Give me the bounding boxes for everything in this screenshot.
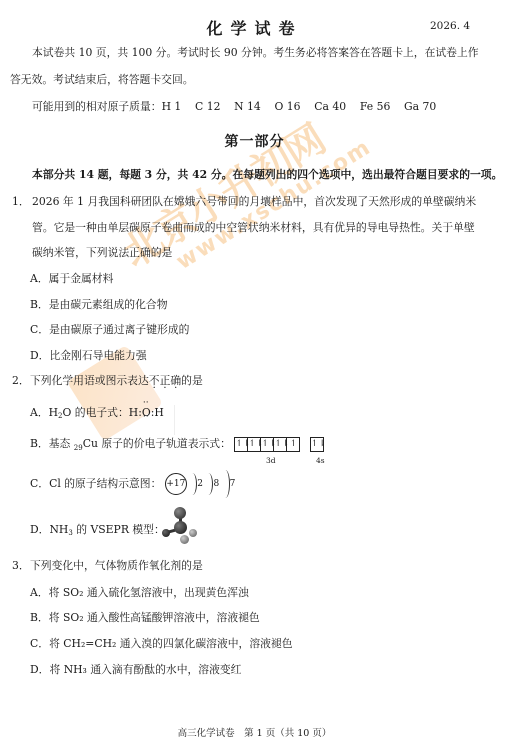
section-title: 第一部分 — [0, 131, 509, 151]
atomic-mass-label: 可能用到的相对原子质量： — [32, 100, 162, 113]
question-3-number: 3． — [12, 558, 30, 573]
orbital-box: ↿⇂ — [274, 438, 287, 451]
page-footer: 高三化学试卷 第 1 页（共 10 页） — [0, 725, 509, 739]
orbital-box: ↿ — [287, 438, 299, 451]
option-label: D． — [30, 349, 49, 362]
exam-date: 2026. 4 — [430, 20, 470, 32]
hydrogen-atom — [162, 529, 170, 537]
emphasis-char: 不 — [149, 374, 160, 387]
electron-shell-arc — [221, 470, 230, 498]
electron-shell-arc — [204, 473, 213, 495]
option-text: 属于金属材料 — [49, 272, 114, 285]
nucleus: +17 — [165, 473, 187, 495]
question-3-option-a: A．将 SO₂ 通入硫化氢溶液中，出现黄色浑浊 — [30, 585, 249, 600]
nh3-vsepr-model — [160, 505, 205, 545]
question-1-option-a: A．属于金属材料 — [30, 271, 113, 286]
orbital-label-3d: 3d — [266, 456, 276, 465]
orbital-box: ↿⇂ — [311, 438, 323, 451]
option-label: A． — [30, 272, 49, 285]
question-2-option-b: B．基态 29Cu 原子的价电子轨道表示式： ↿⇂ ↿⇂ ↿⇂ ↿⇂ ↿ ↿⇂ — [30, 436, 324, 452]
emphasis-char: 正 — [160, 374, 171, 387]
question-1-option-b: B．是由碳元素组成的化合物 — [30, 297, 168, 312]
element-symbol: Cu — [83, 437, 98, 450]
option-label: B． — [30, 298, 49, 311]
option-text: 将 SO₂ 通入酸性高锰酸钾溶液中，溶液褪色 — [49, 611, 260, 624]
orbital-box: ↿⇂ — [235, 438, 248, 451]
option-label: C． — [30, 637, 49, 650]
question-1-stem-line-3: 碳纳米管，下列说法正确的是 — [32, 245, 172, 260]
option-text: Cl 的原子结构示意图： — [49, 477, 161, 490]
question-2-option-d: D．NH3 的 VSEPR 模型： — [30, 522, 165, 537]
option-text: 基态 — [49, 437, 74, 450]
option-text: 是由碳原子通过离子键形成的 — [49, 323, 189, 336]
stem-text: 的是 — [181, 374, 203, 387]
option-text: 将 SO₂ 通入硫化氢溶液中，出现黄色浑浊 — [49, 586, 249, 599]
emphasis-char: 确 — [170, 374, 181, 387]
option-text: 比金刚石导电能力强 — [49, 349, 146, 362]
instructions-line-2: 答无效。考试结束后，将答题卡交回。 — [10, 72, 194, 87]
orbital-4s-box: ↿⇂ — [310, 437, 324, 452]
option-label: A． — [30, 586, 49, 599]
option-text: 将 CH₂=CH₂ 通入溴的四氯化碳溶液中，溶液褪色 — [49, 637, 292, 650]
question-1-stem-line-2: 管。它是一种由单层碳原子卷曲而成的中空管状纳米材料，具有优异的导电导热性。关于单… — [32, 220, 475, 235]
electron-shell-arc — [188, 473, 197, 495]
atomic-masses: 可能用到的相对原子质量：H 1 C 12 N 14 O 16 Ca 40 Fe … — [32, 99, 436, 114]
option-label: B． — [30, 611, 49, 624]
option-label: C． — [30, 323, 49, 336]
section-intro: 本部分共 14 题，每题 3 分，共 42 分。在每题列出的四个选项中，选出最符… — [32, 167, 502, 182]
atomic-number: 29 — [74, 444, 83, 452]
watermark: 北京小升初网 www.xschu.com — [110, 90, 376, 297]
stem-text: 下列化学用语或图示表达 — [30, 374, 149, 387]
shell-count: 2 — [197, 479, 203, 489]
option-text: H2O 的电子式： — [49, 406, 129, 419]
electron-formula: H:O····:H — [129, 406, 164, 419]
option-label: B． — [30, 437, 49, 450]
question-1-option-d: D．比金刚石导电能力强 — [30, 348, 147, 363]
question-3-option-d: D．将 NH₃ 通入滴有酚酞的水中，溶液变红 — [30, 662, 241, 677]
option-text: 原子的价电子轨道表示式： — [98, 437, 231, 450]
shell-count: 8 — [213, 479, 219, 489]
question-3-option-c: C．将 CH₂=CH₂ 通入溴的四氯化碳溶液中，溶液褪色 — [30, 636, 293, 651]
scan-artifact-line — [174, 405, 175, 435]
question-2-stem: 下列化学用语或图示表达不正确的是 — [30, 373, 203, 388]
option-text: NH3 的 VSEPR 模型： — [49, 523, 164, 536]
orbital-box: ↿⇂ — [248, 438, 261, 451]
lone-pair-sphere — [174, 507, 186, 519]
option-text: 将 NH₃ 通入滴有酚酞的水中，溶液变红 — [49, 663, 241, 676]
question-2-option-c: C．Cl 的原子结构示意图： +17 2 8 7 — [30, 470, 235, 498]
question-3-stem: 下列变化中，气体物质作氧化剂的是 — [30, 558, 203, 573]
instructions-line-1: 本试卷共 10 页，共 100 分。考试时长 90 分钟。考生务必将答案答在答题… — [32, 45, 479, 60]
orbital-3d-boxes: ↿⇂ ↿⇂ ↿⇂ ↿⇂ ↿ — [234, 437, 300, 452]
question-1-number: 1． — [12, 194, 30, 209]
question-1-stem-line-1: 2026 年 1 月我国科研团队在嫦娥六号带回的月壤样品中，首次发现了天然形成的… — [32, 194, 476, 209]
option-label: D． — [30, 523, 49, 536]
orbital-label-4s: 4s — [316, 456, 325, 465]
question-1-option-c: C．是由碳原子通过离子键形成的 — [30, 322, 189, 337]
option-text: 是由碳元素组成的化合物 — [49, 298, 168, 311]
hydrogen-atom — [189, 529, 197, 537]
atomic-mass-values: H 1 C 12 N 14 O 16 Ca 40 Fe 56 Ga 70 — [162, 100, 437, 113]
hydrogen-atom — [180, 535, 189, 544]
question-2-option-a: A．H2O 的电子式：H:O····:H — [30, 405, 164, 420]
question-3-option-b: B．将 SO₂ 通入酸性高锰酸钾溶液中，溶液褪色 — [30, 610, 260, 625]
option-label: C． — [30, 477, 49, 490]
option-label: A． — [30, 406, 49, 419]
option-label: D． — [30, 663, 49, 676]
orbital-box: ↿⇂ — [261, 438, 274, 451]
nitrogen-atom — [174, 521, 187, 534]
shell-count: 7 — [230, 479, 236, 489]
question-2-number: 2． — [12, 373, 30, 388]
